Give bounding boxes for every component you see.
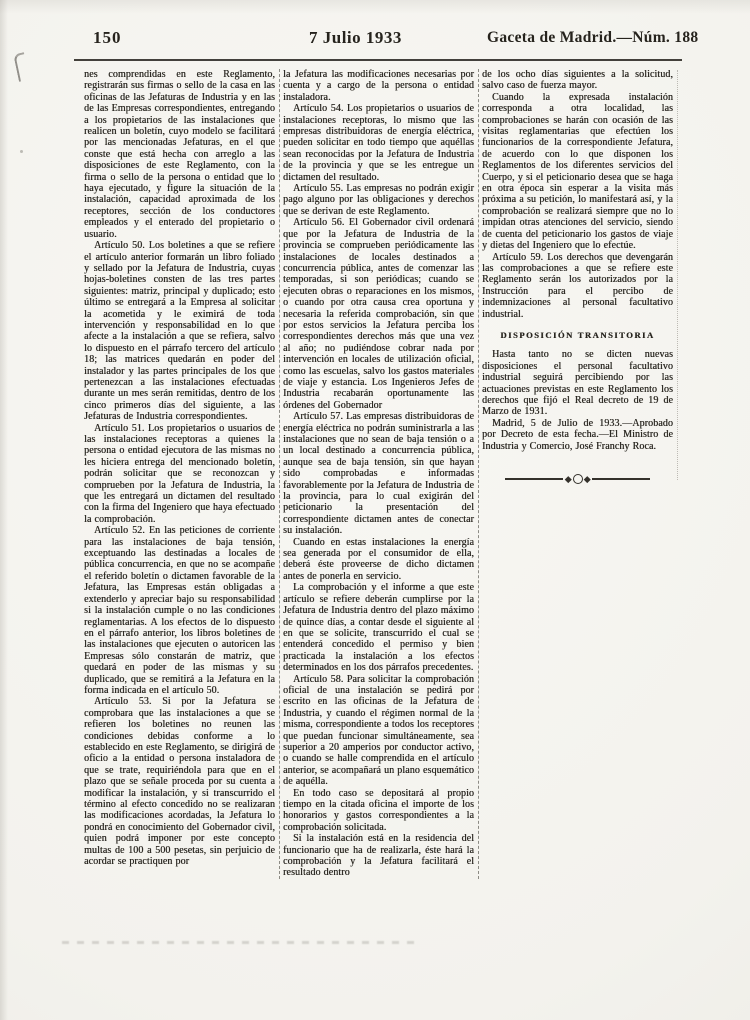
text-column-1: nes comprendidas en este Reglamento, reg… (84, 69, 275, 867)
ornament-line (505, 478, 563, 479)
continuation-paragraph: de los ocho días siguientes a la solicit… (482, 69, 673, 92)
article-paragraph: Artículo 56. El Gobernador civil ordenar… (283, 217, 474, 411)
column-divider (279, 69, 280, 879)
ornament-diamond-icon (584, 476, 590, 482)
article-paragraph: Hasta tanto no se dicten nuevas disposic… (482, 349, 673, 417)
page-content: nes comprendidas en este Reglamento, reg… (84, 69, 674, 879)
issue-date: 7 Julio 1933 (309, 28, 402, 48)
article-paragraph: Si la instalación está en la residencia … (283, 833, 474, 879)
gazette-page: 150 7 Julio 1933 Gaceta de Madrid.—Núm. … (0, 0, 750, 1020)
article-paragraph: Artículo 58. Para solicitar la comprobac… (283, 674, 474, 788)
scan-artifact-smudge (62, 941, 414, 944)
header-rule (74, 59, 682, 61)
article-paragraph: Artículo 50. Los boletines a que se refi… (84, 240, 275, 423)
scan-artifact-hook (13, 52, 30, 82)
left-edge-shadow (0, 0, 8, 1020)
ornament-diamond-icon (565, 476, 571, 482)
ornament-line (592, 478, 650, 479)
continuation-paragraph: nes comprendidas en este Reglamento, reg… (84, 69, 275, 240)
article-paragraph: Artículo 55. Las empresas no podrán exig… (283, 183, 474, 217)
article-paragraph: Artículo 54. Los propietarios o usuarios… (283, 103, 474, 183)
article-paragraph: Artículo 57. Las empresas distribuidoras… (283, 411, 474, 536)
signature-paragraph: Madrid, 5 de Julio de 1933.—Aprobado por… (482, 418, 673, 452)
article-paragraph: Cuando en estas instalaciones la energía… (283, 537, 474, 583)
scan-artifact-speck (20, 150, 23, 153)
article-paragraph: Artículo 53. Si por la Jefatura se compr… (84, 696, 275, 867)
ornament-circle-icon (573, 474, 583, 484)
text-column-2: la Jefatura las modificaciones necesaria… (283, 69, 474, 879)
column-divider (478, 69, 479, 879)
article-paragraph: En todo caso se depositará al propio tie… (283, 788, 474, 834)
continuation-paragraph: la Jefatura las modificaciones necesaria… (283, 69, 474, 103)
article-paragraph: Artículo 51. Los propietarios o usuarios… (84, 423, 275, 526)
masthead-title: Gaceta de Madrid.—Núm. 188 (487, 29, 698, 47)
section-divider-ornament (482, 474, 673, 484)
section-heading: DISPOSICIÓN TRANSITORIA (482, 330, 673, 341)
text-column-3: de los ocho días siguientes a la solicit… (482, 69, 673, 484)
article-paragraph: Artículo 59. Los derechos que devengarán… (482, 252, 673, 320)
scan-artifact-right-rule (677, 70, 679, 480)
page-number: 150 (93, 28, 122, 48)
top-edge-shadow (0, 0, 750, 14)
article-paragraph: Cuando la expresada instalación correspo… (482, 92, 673, 252)
article-paragraph: Artículo 52. En las peticiones de corrie… (84, 525, 275, 696)
article-paragraph: La comprobación y el informe a que este … (283, 582, 474, 673)
